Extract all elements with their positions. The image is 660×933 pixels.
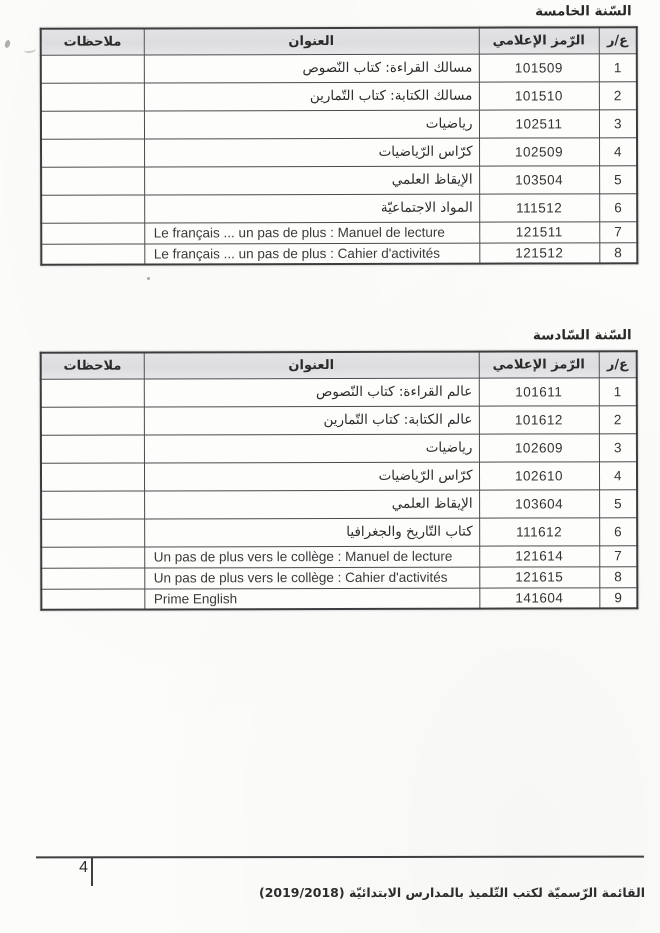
serial-cell: 6 <box>599 193 637 221</box>
table-row: 7121511Le français ... un pas de plus : … <box>41 221 637 244</box>
serial-cell: 8 <box>599 566 637 587</box>
title-cell: مسالك القراءة: كتاب النّصوص <box>144 54 479 83</box>
serial-cell: 1 <box>599 377 637 405</box>
serial-cell: 4 <box>599 461 637 489</box>
year6-books-table: ع/ر الرّمز الإعلامي العنوان ملاحظات 1101… <box>40 350 639 611</box>
year5-section: السّنة الخامسة ع/ر الرّمز الإعلامي العنو… <box>40 3 637 266</box>
serial-cell: 4 <box>599 137 637 165</box>
title-cell: Le français ... un pas de plus : Manuel … <box>144 222 479 244</box>
notes-cell <box>41 167 144 195</box>
serial-cell: 9 <box>599 587 637 608</box>
table-row: 2101510مسالك الكتابة: كتاب التّمارين <box>41 81 637 111</box>
table-row: 7121614Un pas de plus vers le collège : … <box>41 545 637 568</box>
notes-cell <box>41 589 144 610</box>
code-cell: 102609 <box>479 433 599 461</box>
page-number-tick <box>91 857 93 886</box>
code-cell: 101509 <box>479 53 599 81</box>
title-cell: عالم الكتابة: كتاب التّمارين <box>144 406 479 435</box>
table-row: 8121615Un pas de plus vers le collège : … <box>41 566 637 589</box>
table-row: 1101509مسالك القراءة: كتاب النّصوص <box>41 53 637 83</box>
year6-section: السّنة السّادسة ع/ر الرّمز الإعلامي العن… <box>40 327 637 611</box>
notes-column-header: ملاحظات <box>41 353 144 379</box>
serial-cell: 5 <box>599 165 637 193</box>
table-row: 2101612عالم الكتابة: كتاب التّمارين <box>41 405 637 435</box>
title-cell: Un pas de plus vers le collège : Cahier … <box>144 567 479 589</box>
code-cell: 111512 <box>479 193 599 221</box>
table-row: 9141604Prime English <box>41 587 637 610</box>
title-column-header: العنوان <box>144 28 479 55</box>
title-column-header: العنوان <box>144 352 479 379</box>
title-cell: Le français ... un pas de plus : Cahier … <box>144 243 479 265</box>
code-cell: 141604 <box>479 587 599 608</box>
title-cell: الإيقاظ العلمي <box>144 490 479 519</box>
notes-cell <box>41 139 144 167</box>
code-cell: 101611 <box>479 377 599 405</box>
table-row: 3102511رياضيات <box>41 109 637 139</box>
notes-cell <box>41 195 144 223</box>
table-row: 3102609رياضيات <box>41 433 637 463</box>
notes-cell <box>41 223 144 244</box>
notes-cell <box>41 244 144 265</box>
code-column-header: الرّمز الإعلامي <box>479 27 599 53</box>
table-row: 8121512Le français ... un pas de plus : … <box>41 242 637 265</box>
year6-table-body: 1101611عالم القراءة: كتاب النّصوص2101612… <box>41 377 638 610</box>
code-cell: 103604 <box>479 489 599 517</box>
code-cell: 103504 <box>479 165 599 193</box>
code-cell: 121511 <box>479 221 599 242</box>
serial-column-header: ع/ر <box>599 351 637 377</box>
title-cell: كرّاس الرّياضيات <box>144 462 479 491</box>
serial-column-header: ع/ر <box>599 27 637 53</box>
title-cell: كرّاس الرّياضيات <box>144 138 479 167</box>
title-cell: رياضيات <box>144 110 479 139</box>
table-row: 4102610كرّاس الرّياضيات <box>41 461 637 491</box>
header-row: ع/ر الرّمز الإعلامي العنوان ملاحظات <box>41 351 637 379</box>
title-cell: رياضيات <box>144 434 479 463</box>
table-row: 6111612كتاب التّاريخ والجغرافيا <box>41 517 637 547</box>
serial-cell: 3 <box>599 109 637 137</box>
notes-cell <box>41 491 144 519</box>
notes-cell <box>41 379 144 407</box>
notes-cell <box>41 407 144 435</box>
notes-cell <box>41 435 144 463</box>
notes-cell <box>41 547 144 568</box>
serial-cell: 7 <box>599 545 637 566</box>
title-cell: Un pas de plus vers le collège : Manuel … <box>144 546 479 568</box>
serial-cell: 5 <box>599 489 637 517</box>
scan-artifact <box>147 277 150 280</box>
notes-cell <box>41 111 144 139</box>
code-cell: 111612 <box>479 517 599 545</box>
serial-cell: 3 <box>599 433 637 461</box>
serial-cell: 8 <box>599 242 637 263</box>
scanned-page: السّنة الخامسة ع/ر الرّمز الإعلامي العنو… <box>0 0 660 933</box>
code-cell: 101612 <box>479 405 599 433</box>
code-cell: 121614 <box>479 545 599 566</box>
scan-artifact <box>4 39 11 48</box>
notes-cell <box>41 463 144 491</box>
year5-books-table: ع/ر الرّمز الإعلامي العنوان ملاحظات 1101… <box>40 26 639 266</box>
notes-column-header: ملاحظات <box>41 29 144 55</box>
year5-title: السّنة الخامسة <box>40 3 636 21</box>
page-number: 4 <box>66 859 88 877</box>
serial-cell: 7 <box>599 221 637 242</box>
footer-divider-line <box>36 856 644 859</box>
title-cell: Prime English <box>144 588 479 610</box>
title-cell: عالم القراءة: كتاب النّصوص <box>144 378 479 407</box>
code-cell: 121615 <box>479 566 599 587</box>
notes-cell <box>41 55 144 83</box>
title-cell: كتاب التّاريخ والجغرافيا <box>144 518 479 547</box>
notes-cell <box>41 568 144 589</box>
table-row: 5103604الإيقاظ العلمي <box>41 489 637 519</box>
serial-cell: 1 <box>599 53 637 81</box>
code-column-header: الرّمز الإعلامي <box>479 351 599 377</box>
code-cell: 121512 <box>479 242 599 263</box>
code-cell: 102511 <box>479 109 599 137</box>
notes-cell <box>41 519 144 547</box>
code-cell: 102509 <box>479 137 599 165</box>
title-cell: المواد الاجتماعيّة <box>144 194 479 223</box>
year5-table-body: 1101509مسالك القراءة: كتاب النّصوص210151… <box>41 53 638 265</box>
footer-caption: القائمة الرّسميّة لكتب التّلميذ بالمدارس… <box>259 885 645 900</box>
serial-cell: 2 <box>599 81 637 109</box>
serial-cell: 6 <box>599 517 637 545</box>
table-row: 6111512المواد الاجتماعيّة <box>41 193 637 223</box>
scan-artifact <box>24 45 37 54</box>
title-cell: مسالك الكتابة: كتاب التّمارين <box>144 82 479 111</box>
notes-cell <box>41 83 144 111</box>
table-row: 1101611عالم القراءة: كتاب النّصوص <box>41 377 637 407</box>
year6-title: السّنة السّادسة <box>40 327 636 345</box>
serial-cell: 2 <box>599 405 637 433</box>
table-row: 4102509كرّاس الرّياضيات <box>41 137 637 167</box>
header-row: ع/ر الرّمز الإعلامي العنوان ملاحظات <box>41 27 637 55</box>
code-cell: 102610 <box>479 461 599 489</box>
table-row: 5103504الإيقاظ العلمي <box>41 165 637 195</box>
title-cell: الإيقاظ العلمي <box>144 166 479 195</box>
code-cell: 101510 <box>479 81 599 109</box>
